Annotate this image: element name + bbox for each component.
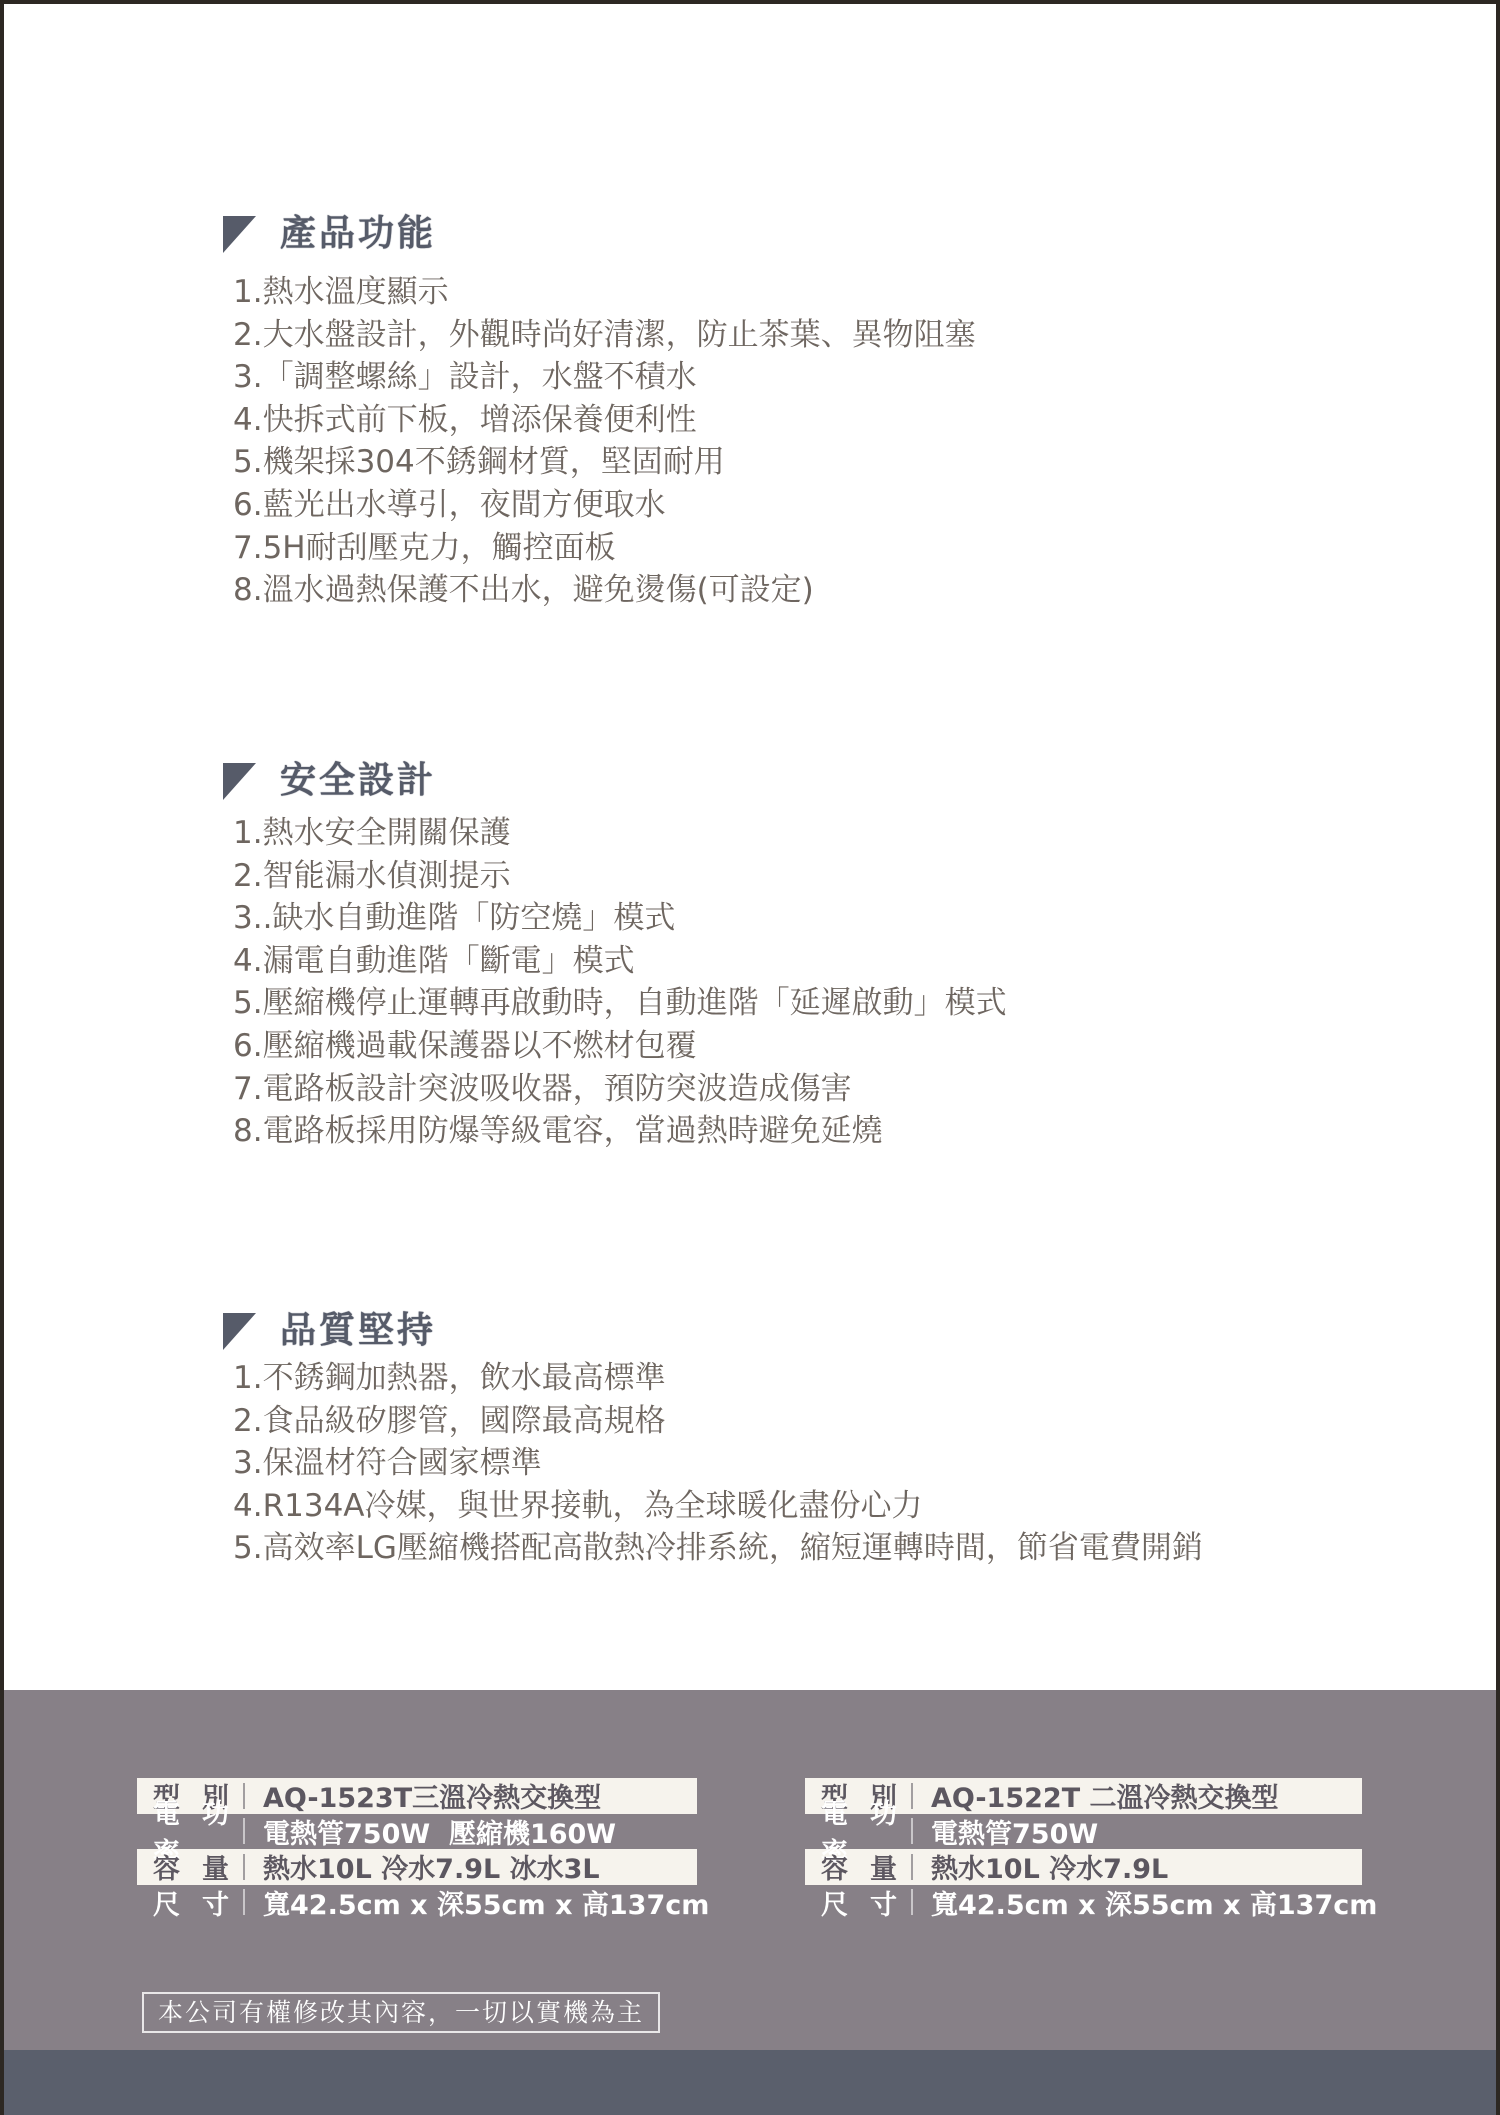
section-title: 品質堅持 [280, 1310, 436, 1352]
footer-disclaimer: 本公司有權修改其內容，一切以實機為主 [142, 1992, 660, 2033]
list-item: 6.藍光出水導引，夜間方便取水 [233, 484, 976, 527]
feature-list: 1.熱水溫度顯示 2.大水盤設計，外觀時尚好清潔，防止茶葉、異物阻塞 3.「調整… [233, 271, 976, 612]
spec-value: 熱水10L 冷水7.9L 冰水3L [245, 1847, 600, 1886]
spec-table-aq-1523t: 型別 AQ-1523T三溫冷熱交換型 電功率 電熱管750W 壓縮機160W 容… [137, 1778, 697, 1920]
spec-row-power: 電功率 電熱管750W 壓縮機160W [137, 1814, 697, 1850]
list-item: 2.大水盤設計，外觀時尚好清潔，防止茶葉、異物阻塞 [233, 314, 976, 357]
list-item: 4.漏電自動進階「斷電」模式 [233, 940, 1007, 983]
feature-list: 1.不銹鋼加熱器，飲水最高標準 2.食品級矽膠管，國際最高規格 3.保溫材符合國… [233, 1357, 1203, 1570]
spec-row-capacity: 容量 熱水10L 冷水7.9L 冰水3L [137, 1849, 697, 1885]
list-item: 5.機架採304不銹鋼材質，堅固耐用 [233, 441, 976, 484]
divider [243, 1818, 245, 1844]
spec-value: 寬42.5cm x 深55cm x 高137cm [245, 1883, 709, 1922]
spec-label: 容量 [805, 1847, 911, 1886]
spec-value: 電熱管750W [913, 1812, 1098, 1851]
divider [911, 1818, 913, 1844]
list-item: 4.快拆式前下板，增添保養便利性 [233, 399, 976, 442]
list-item: 8.溫水過熱保護不出水，避免燙傷(可設定) [233, 569, 976, 612]
spec-label: 尺寸 [805, 1883, 911, 1922]
list-item: 2.智能漏水偵測提示 [233, 855, 1007, 898]
section-marker-triangle-icon [223, 1313, 256, 1350]
list-item: 3..缺水自動進階「防空燒」模式 [233, 897, 1007, 940]
list-item: 7.5H耐刮壓克力，觸控面板 [233, 527, 976, 570]
spec-row-dimensions: 尺寸 寬42.5cm x 深55cm x 高137cm [805, 1885, 1362, 1921]
section-title: 產品功能 [280, 213, 436, 255]
spec-value: AQ-1523T三溫冷熱交換型 [245, 1776, 601, 1815]
section-header: 安全設計 [223, 760, 1007, 802]
list-item: 1.熱水安全開關保護 [233, 812, 1007, 855]
feature-list: 1.熱水安全開關保護 2.智能漏水偵測提示 3..缺水自動進階「防空燒」模式 4… [233, 812, 1007, 1153]
divider [243, 1889, 245, 1915]
list-item: 2.食品級矽膠管，國際最高規格 [233, 1400, 1203, 1443]
section-header: 產品功能 [223, 213, 976, 255]
spec-row-power: 電功率 電熱管750W [805, 1814, 1362, 1850]
divider [243, 1783, 245, 1809]
spec-label: 尺寸 [137, 1883, 243, 1922]
section-header: 品質堅持 [223, 1310, 1203, 1352]
bottom-band [4, 2050, 1496, 2115]
divider [243, 1854, 245, 1880]
list-item: 3.保溫材符合國家標準 [233, 1442, 1203, 1485]
section-product-features: 產品功能 1.熱水溫度顯示 2.大水盤設計，外觀時尚好清潔，防止茶葉、異物阻塞 … [223, 213, 976, 612]
spec-row-dimensions: 尺寸 寬42.5cm x 深55cm x 高137cm [137, 1885, 697, 1921]
section-title: 安全設計 [280, 760, 436, 802]
divider [911, 1854, 913, 1880]
spec-value: 熱水10L 冷水7.9L [913, 1847, 1168, 1886]
list-item: 3.「調整螺絲」設計，水盤不積水 [233, 356, 976, 399]
divider [911, 1783, 913, 1809]
section-safety-design: 安全設計 1.熱水安全開關保護 2.智能漏水偵測提示 3..缺水自動進階「防空燒… [223, 760, 1007, 1153]
spec-row-capacity: 容量 熱水10L 冷水7.9L [805, 1849, 1362, 1885]
list-item: 6.壓縮機過載保護器以不燃材包覆 [233, 1025, 1007, 1068]
section-quality-insistence: 品質堅持 1.不銹鋼加熱器，飲水最高標準 2.食品級矽膠管，國際最高規格 3.保… [223, 1310, 1203, 1570]
list-item: 5.高效率LG壓縮機搭配高散熱冷排系統，縮短運轉時間，節省電費開銷 [233, 1527, 1203, 1570]
divider [911, 1889, 913, 1915]
spec-table-aq-1522t: 型別 AQ-1522T 二溫冷熱交換型 電功率 電熱管750W 容量 熱水10L… [805, 1778, 1362, 1920]
product-spec-page: 產品功能 1.熱水溫度顯示 2.大水盤設計，外觀時尚好清潔，防止茶葉、異物阻塞 … [0, 0, 1500, 2115]
list-item: 1.不銹鋼加熱器，飲水最高標準 [233, 1357, 1203, 1400]
spec-label: 容量 [137, 1847, 243, 1886]
section-marker-triangle-icon [223, 216, 256, 253]
list-item: 8.電路板採用防爆等級電容，當過熱時避免延燒 [233, 1110, 1007, 1153]
spec-value: 寬42.5cm x 深55cm x 高137cm [913, 1883, 1377, 1922]
list-item: 5.壓縮機停止運轉再啟動時，自動進階「延遲啟動」模式 [233, 982, 1007, 1025]
spec-value: AQ-1522T 二溫冷熱交換型 [913, 1776, 1279, 1815]
spec-value: 電熱管750W 壓縮機160W [245, 1812, 616, 1851]
list-item: 1.熱水溫度顯示 [233, 271, 976, 314]
section-marker-triangle-icon [223, 763, 256, 800]
list-item: 7.電路板設計突波吸收器，預防突波造成傷害 [233, 1068, 1007, 1111]
list-item: 4.R134A冷媒，與世界接軌，為全球暖化盡份心力 [233, 1485, 1203, 1528]
